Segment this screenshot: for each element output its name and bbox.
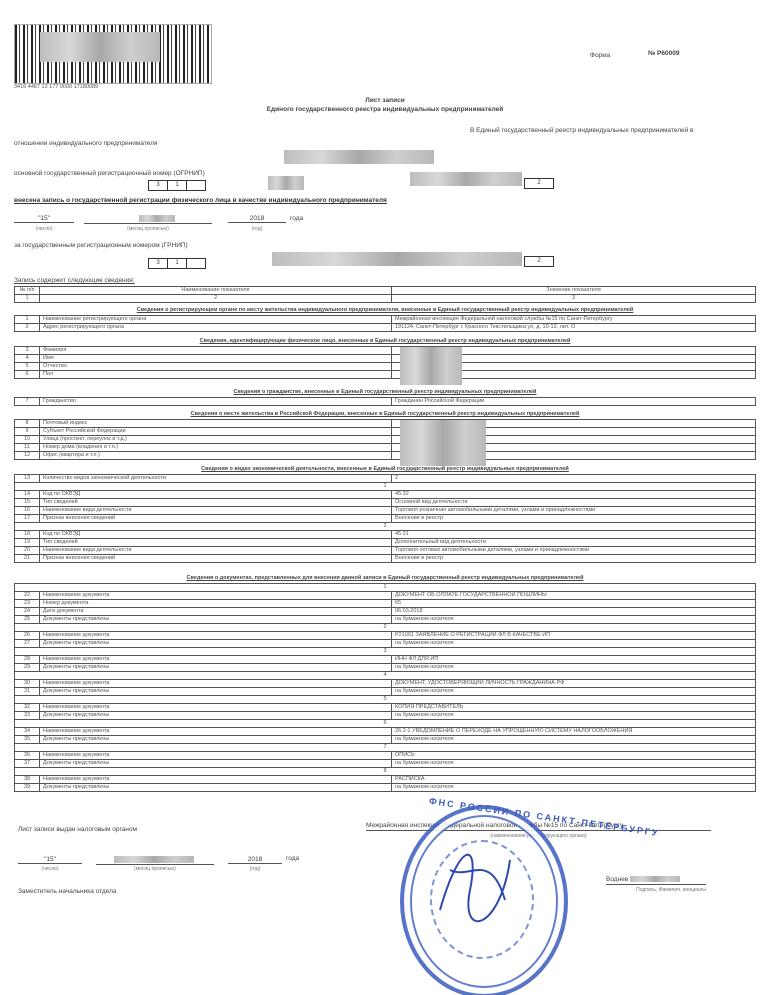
table-row: 8Почтовый индекс bbox=[15, 420, 756, 428]
intro-line1: В Единый государственный реестр индивиду… bbox=[470, 127, 694, 135]
row-name: Код по ОКВЭД bbox=[40, 531, 392, 539]
table-row: 6Пол bbox=[15, 371, 756, 379]
signature-icon bbox=[430, 830, 520, 940]
issue-date-month-caption: (месяц прописью) bbox=[96, 866, 214, 872]
group-row: 1 bbox=[15, 483, 756, 491]
barcode-redaction bbox=[40, 32, 160, 62]
table-row: 14Код по ОКВЭД45.32 bbox=[15, 491, 756, 499]
ogrnip-prefix-cells: 3 1 bbox=[148, 180, 206, 191]
row-number: 4 bbox=[15, 355, 40, 363]
row-value: 45.31 bbox=[392, 531, 756, 539]
row-name: Отчество bbox=[40, 363, 392, 371]
row-number: 36 bbox=[15, 752, 40, 760]
row-number: 11 bbox=[15, 444, 40, 452]
table-row: 25Документы представленына бумажном носи… bbox=[15, 616, 756, 624]
table-row: 4Имя bbox=[15, 355, 756, 363]
group-number: 5 bbox=[15, 696, 756, 704]
table-row: 24Дата документа06.03.2018 bbox=[15, 608, 756, 616]
group-number: 6 bbox=[15, 720, 756, 728]
row-value: РАСПИСКА bbox=[392, 776, 756, 784]
row-number: 28 bbox=[15, 656, 40, 664]
table-row: 29Документы представленына бумажном носи… bbox=[15, 664, 756, 672]
table-row: 27Документы представленына бумажном носи… bbox=[15, 640, 756, 648]
table-row: 30Наименование документаДОКУМЕНТ, УДОСТО… bbox=[15, 680, 756, 688]
row-name: Офис (квартира и т.п.) bbox=[40, 452, 392, 460]
row-name: Признак внесения сведений bbox=[40, 515, 392, 523]
row-value: Межрайонная инспекция Федеральной налого… bbox=[392, 316, 756, 324]
grnip-redacted bbox=[272, 252, 522, 266]
row-name: Наименование документа bbox=[40, 632, 392, 640]
group-row: 3 bbox=[15, 648, 756, 656]
table-row: 39Документы представленына бумажном носи… bbox=[15, 784, 756, 792]
row-name: Код по ОКВЭД bbox=[40, 491, 392, 499]
row-value: 191124, Санкт-Петербург г, Красного Текс… bbox=[392, 324, 756, 332]
row-value: на бумажном носителе bbox=[392, 640, 756, 648]
row-number: 27 bbox=[15, 640, 40, 648]
grnip-label: за государственным регистрационным номер… bbox=[14, 242, 188, 250]
grnip-cell-1: 3 bbox=[149, 259, 168, 268]
personal-data-redacted bbox=[400, 347, 462, 385]
table-row: 10Улица (проспект, переулок и т.д.) bbox=[15, 436, 756, 444]
row-value: Торговля оптовая автомобильными деталями… bbox=[392, 547, 756, 555]
row-value: КОПИЯ ПРЕДСТАВИТЕЛЬ bbox=[392, 704, 756, 712]
row-number: 32 bbox=[15, 704, 40, 712]
address-redacted bbox=[400, 420, 486, 466]
table-row: 37Документы представленына бумажном носи… bbox=[15, 760, 756, 768]
grnip-cell-2: 1 bbox=[168, 259, 187, 268]
row-number: 18 bbox=[15, 531, 40, 539]
row-value: ДОКУМЕНТ, УДОСТОВЕРЯЮЩИЙ ЛИЧНОСТЬ ГРАЖДА… bbox=[392, 680, 756, 688]
row-name: Наименование документа bbox=[40, 592, 392, 600]
row-name: Субъект Российской Федерации bbox=[40, 428, 392, 436]
table-row: 19Тип сведенийДополнительный вид деятель… bbox=[15, 539, 756, 547]
row-number: 24 bbox=[15, 608, 40, 616]
group-row: 6 bbox=[15, 720, 756, 728]
signer-name-redacted bbox=[630, 876, 680, 882]
table-row: 26Наименование документаР21001 ЗАЯВЛЕНИЕ… bbox=[15, 632, 756, 640]
section-title: Сведения о видах экономической деятельно… bbox=[14, 466, 756, 472]
row-value: Торговля розничная автомобильными деталя… bbox=[392, 507, 756, 515]
group-row: 1 bbox=[15, 584, 756, 592]
row-name: Количество видов экономической деятельно… bbox=[40, 475, 392, 483]
row-name: Адрес регистрирующего органа bbox=[40, 324, 392, 332]
table-row: 12Офис (квартира и т.п.) bbox=[15, 452, 756, 460]
row-number: 21 bbox=[15, 555, 40, 563]
row-number: 22 bbox=[15, 592, 40, 600]
table-row: 23Номер документа65 bbox=[15, 600, 756, 608]
group-row: 5 bbox=[15, 696, 756, 704]
row-number: 19 bbox=[15, 539, 40, 547]
group-number: 2 bbox=[15, 624, 756, 632]
col-num-2: 2 bbox=[40, 295, 392, 303]
row-name: Документы представлены bbox=[40, 640, 392, 648]
table-row: 15Тип сведенийОсновной вид деятельности bbox=[15, 499, 756, 507]
row-value: ДОКУМЕНТ ОБ ОПЛАТЕ ГОСУДАРСТВЕННОЙ ПОШЛИ… bbox=[392, 592, 756, 600]
entrepreneur-name-redacted bbox=[284, 150, 434, 164]
row-value: Основной вид деятельности bbox=[392, 499, 756, 507]
row-number: 10 bbox=[15, 436, 40, 444]
row-value: ИНН ФЛ ДЛЯ ИП bbox=[392, 656, 756, 664]
section-title: Сведения, идентифицирующие физическое ли… bbox=[14, 338, 756, 344]
row-number: 2 bbox=[15, 324, 40, 332]
section-table: 8Почтовый индекс9Субъект Российской Феде… bbox=[14, 419, 756, 460]
row-name: Документы представлены bbox=[40, 760, 392, 768]
doc-subtitle: Единого государственного реестра индивид… bbox=[0, 106, 770, 114]
grnip-cell-3 bbox=[187, 259, 205, 268]
table-row: 20Наименование вида деятельностиТорговля… bbox=[15, 547, 756, 555]
table-row: 38Наименование документаРАСПИСКА bbox=[15, 776, 756, 784]
row-number: 33 bbox=[15, 712, 40, 720]
row-name: Номер документа bbox=[40, 600, 392, 608]
col-header-value: Значение показателя bbox=[392, 287, 756, 295]
group-number: 4 bbox=[15, 672, 756, 680]
row-number: 35 bbox=[15, 736, 40, 744]
row-number: 29 bbox=[15, 664, 40, 672]
table-row: 3Фамилия bbox=[15, 347, 756, 355]
table-row: 28Наименование документаИНН ФЛ ДЛЯ ИП bbox=[15, 656, 756, 664]
ogrnip-cell-2: 1 bbox=[168, 181, 187, 190]
issued-by-label: Лист записи выдан налоговым органом bbox=[18, 826, 137, 834]
row-name: Пол bbox=[40, 371, 392, 379]
row-number: 39 bbox=[15, 784, 40, 792]
row-name: Наименование вида деятельности bbox=[40, 507, 392, 515]
row-number: 15 bbox=[15, 499, 40, 507]
row-value: Внесение в реестр bbox=[392, 515, 756, 523]
row-name: Наименование документа bbox=[40, 680, 392, 688]
signer-surname: Воднев bbox=[606, 876, 628, 883]
row-name: Номер дома (владения и т.п.) bbox=[40, 444, 392, 452]
ogrnip-suffix-cells: 2 bbox=[524, 178, 554, 189]
row-name: Тип сведений bbox=[40, 499, 392, 507]
row-number: 17 bbox=[15, 515, 40, 523]
row-number: 16 bbox=[15, 507, 40, 515]
row-value: на бумажном носителе bbox=[392, 760, 756, 768]
table-row: 11Номер дома (владения и т.п.) bbox=[15, 444, 756, 452]
table-row: 13Количество видов экономической деятель… bbox=[15, 475, 756, 483]
col-header-name: Наименование показателя bbox=[40, 287, 392, 295]
issue-date-day-caption: (число) bbox=[18, 866, 82, 872]
grnip-suffix-cells: 2 bbox=[524, 256, 554, 267]
row-name: Наименование документа bbox=[40, 728, 392, 736]
row-number: 34 bbox=[15, 728, 40, 736]
row-name: Имя bbox=[40, 355, 392, 363]
row-number: 20 bbox=[15, 547, 40, 555]
issue-date-year-caption: (год) bbox=[228, 866, 282, 872]
signer-position: Заместитель начальника отдела bbox=[18, 888, 116, 896]
section-table: 3Фамилия4Имя5Отчество6Пол bbox=[14, 346, 756, 379]
col-header-num: № п/п bbox=[15, 287, 40, 295]
row-value: 45.32 bbox=[392, 491, 756, 499]
group-number: 7 bbox=[15, 744, 756, 752]
table-row: 36Наименование документаОПИСЬ bbox=[15, 752, 756, 760]
table-row: 18Код по ОКВЭД45.31 bbox=[15, 531, 756, 539]
entry-date-day: "15" bbox=[14, 215, 74, 223]
row-name: Признак внесения сведений bbox=[40, 555, 392, 563]
section-title: Сведения о гражданстве, внесенные в Един… bbox=[14, 389, 756, 395]
section-table: 7ГражданствоГражданин Российской Федерац… bbox=[14, 397, 756, 406]
row-number: 3 bbox=[15, 347, 40, 355]
barcode-number: 3416 4467 12 177 0000 17180089 bbox=[14, 84, 98, 91]
row-number: 9 bbox=[15, 428, 40, 436]
row-name: Дата документа bbox=[40, 608, 392, 616]
grnip-prefix-cells: 3 1 bbox=[148, 258, 206, 269]
section-title: Сведения о документах, представленных дл… bbox=[14, 575, 756, 581]
row-number: 8 bbox=[15, 420, 40, 428]
issue-date-month bbox=[96, 856, 214, 865]
row-number: 1 bbox=[15, 316, 40, 324]
row-name: Фамилия bbox=[40, 347, 392, 355]
row-number: 5 bbox=[15, 363, 40, 371]
row-name: Улица (проспект, переулок и т.д.) bbox=[40, 436, 392, 444]
table-row: 1Наименование регистрирующего органаМежр… bbox=[15, 316, 756, 324]
row-name: Документы представлены bbox=[40, 616, 392, 624]
group-row: 2 bbox=[15, 523, 756, 531]
row-value: 2 bbox=[392, 475, 756, 483]
table-row: 21Признак внесения сведенийВнесение в ре… bbox=[15, 555, 756, 563]
row-value: Внесение в реестр bbox=[392, 555, 756, 563]
issue-date-suffix: года bbox=[286, 855, 299, 863]
row-name: Гражданство bbox=[40, 398, 392, 406]
row-number: 13 bbox=[15, 475, 40, 483]
ogrnip-label: основной государственный регистрационный… bbox=[14, 170, 205, 178]
row-name: Наименование документа bbox=[40, 656, 392, 664]
group-row: 7 bbox=[15, 744, 756, 752]
table-row: 31Документы представленына бумажном носи… bbox=[15, 688, 756, 696]
table-row: 2Адрес регистрирующего органа191124, Сан… bbox=[15, 324, 756, 332]
ogrnip-check-cell: 2 bbox=[525, 179, 553, 188]
entry-date-month bbox=[84, 215, 212, 224]
row-number: 38 bbox=[15, 776, 40, 784]
row-value: на бумажном носителе bbox=[392, 688, 756, 696]
row-name: Наименование документа bbox=[40, 752, 392, 760]
entry-date-year: 2018 bbox=[228, 215, 286, 223]
table-row: 34Наименование документа26.2-1 УВЕДОМЛЕН… bbox=[15, 728, 756, 736]
row-name: Наименование вида деятельности bbox=[40, 547, 392, 555]
record-contains-label: Запись содержит следующие сведения: bbox=[14, 277, 135, 285]
record-header-table: № п/п Наименование показателя Значение п… bbox=[14, 286, 756, 303]
row-value: 06.03.2018 bbox=[392, 608, 756, 616]
row-name: Документы представлены bbox=[40, 736, 392, 744]
row-name: Документы представлены bbox=[40, 712, 392, 720]
group-number: 1 bbox=[15, 584, 756, 592]
row-value: на бумажном носителе bbox=[392, 784, 756, 792]
row-value: на бумажном носителе bbox=[392, 712, 756, 720]
row-number: 14 bbox=[15, 491, 40, 499]
ogrnip-redacted-1 bbox=[268, 176, 304, 190]
group-number: 8 bbox=[15, 768, 756, 776]
row-name: Почтовый индекс bbox=[40, 420, 392, 428]
ogrnip-cell-3 bbox=[187, 181, 205, 190]
entry-date-suffix: года bbox=[290, 215, 303, 223]
row-name: Наименование документа bbox=[40, 704, 392, 712]
table-row: 35Документы представленына бумажном носи… bbox=[15, 736, 756, 744]
doc-title: Лист записи bbox=[0, 97, 770, 105]
ogrnip-cell-1: 3 bbox=[149, 181, 168, 190]
entry-made-heading: внесена запись о государственной регистр… bbox=[14, 197, 387, 204]
row-number: 37 bbox=[15, 760, 40, 768]
row-name: Наименование документа bbox=[40, 776, 392, 784]
section-table: 1Наименование регистрирующего органаМежр… bbox=[14, 315, 756, 332]
table-row: 7ГражданствоГражданин Российской Федерац… bbox=[15, 398, 756, 406]
table-row: 22Наименование документаДОКУМЕНТ ОБ ОПЛА… bbox=[15, 592, 756, 600]
group-number: 2 bbox=[15, 523, 756, 531]
row-value: 65 bbox=[392, 600, 756, 608]
form-number: № Р60009 bbox=[648, 50, 679, 58]
row-value: на бумажном носителе bbox=[392, 616, 756, 624]
row-value: Дополнительный вид деятельности bbox=[392, 539, 756, 547]
row-value: на бумажном носителе bbox=[392, 664, 756, 672]
row-number: 7 bbox=[15, 398, 40, 406]
intro-line2: отношении индивидуального предпринимател… bbox=[14, 140, 157, 148]
group-number: 1 bbox=[15, 483, 756, 491]
row-number: 25 bbox=[15, 616, 40, 624]
entry-date-month-caption: (месяц прописью) bbox=[84, 226, 212, 232]
row-number: 6 bbox=[15, 371, 40, 379]
row-number: 30 bbox=[15, 680, 40, 688]
col-num-3: 3 bbox=[392, 295, 756, 303]
table-row: 32Наименование документаКОПИЯ ПРЕДСТАВИТ… bbox=[15, 704, 756, 712]
row-value: ОПИСЬ bbox=[392, 752, 756, 760]
row-name: Документы представлены bbox=[40, 688, 392, 696]
row-name: Документы представлены bbox=[40, 784, 392, 792]
row-name: Тип сведений bbox=[40, 539, 392, 547]
table-row: 33Документы представленына бумажном носи… bbox=[15, 712, 756, 720]
section-title: Сведения о регистрирующем органе по мест… bbox=[14, 307, 756, 313]
entry-date-day-caption: (число) bbox=[14, 226, 74, 232]
col-num-1: 1 bbox=[15, 295, 40, 303]
row-name: Наименование регистрирующего органа bbox=[40, 316, 392, 324]
row-value: на бумажном носителе bbox=[392, 736, 756, 744]
row-value: 26.2-1 УВЕДОМЛЕНИЕ О ПЕРЕХОДЕ НА УПРОЩЕН… bbox=[392, 728, 756, 736]
section-title: Сведения о месте жительства в Российской… bbox=[14, 411, 756, 417]
entry-date-year-caption: (год) bbox=[228, 226, 286, 232]
row-number: 23 bbox=[15, 600, 40, 608]
issue-date-day: "15" bbox=[18, 856, 82, 864]
issue-date-year: 2018 bbox=[228, 856, 282, 864]
section-table: 122Наименование документаДОКУМЕНТ ОБ ОПЛ… bbox=[14, 583, 756, 792]
form-label: Форма bbox=[590, 52, 610, 60]
group-row: 2 bbox=[15, 624, 756, 632]
row-number: 31 bbox=[15, 688, 40, 696]
group-number: 3 bbox=[15, 648, 756, 656]
group-row: 4 bbox=[15, 672, 756, 680]
group-row: 8 bbox=[15, 768, 756, 776]
row-number: 12 bbox=[15, 452, 40, 460]
row-number: 26 bbox=[15, 632, 40, 640]
table-row: 16Наименование вида деятельностиТорговля… bbox=[15, 507, 756, 515]
table-row: 5Отчество bbox=[15, 363, 756, 371]
ogrnip-redacted-2 bbox=[410, 172, 522, 186]
row-value: Гражданин Российской Федерации bbox=[392, 398, 756, 406]
row-value: Р21001 ЗАЯВЛЕНИЕ О РЕГИСТРАЦИИ ФЛ В КАЧЕ… bbox=[392, 632, 756, 640]
grnip-check-cell: 2 bbox=[525, 257, 553, 266]
row-name: Документы представлены bbox=[40, 664, 392, 672]
table-row: 17Признак внесения сведенийВнесение в ре… bbox=[15, 515, 756, 523]
table-row: 9Субъект Российской Федерации bbox=[15, 428, 756, 436]
signer-name: Воднев bbox=[606, 876, 706, 885]
signer-caption: Подпись, Фамилия, инициалы bbox=[606, 887, 706, 893]
section-table: 13Количество видов экономической деятель… bbox=[14, 474, 756, 563]
